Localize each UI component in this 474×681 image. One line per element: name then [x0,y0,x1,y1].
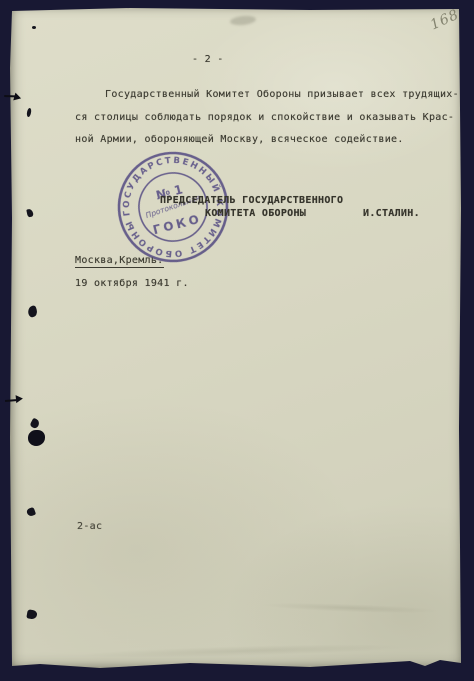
body-paragraph-line-1: Государственный Комитет Обороны призывае… [105,89,459,100]
ink-blot [32,26,36,29]
signature-title-line-1: ПРЕДСЕДАТЕЛЬ ГОСУДАРСТВЕННОГО [160,195,343,206]
signature-title-line-2: КОМИТЕТА ОБОРОНЫ [205,208,306,219]
document-page: - 2 - Государственный Комитет Обороны пр… [10,8,461,668]
margin-arrow-icon [5,394,30,406]
archival-photo-background: - 2 - Государственный Комитет Обороны пр… [0,0,474,681]
page-number: - 2 - [192,54,224,65]
date-line: 19 октября 1941 г. [75,278,189,289]
typist-code: 2-ас [77,521,102,532]
body-paragraph-line-3: ной Армии, обороняющей Москву, всяческое… [75,134,404,145]
signatory-name: И.СТАЛИН. [363,208,420,219]
place-line: Москва,Кремль. [75,255,164,268]
paper-crease [80,642,410,661]
arrow-head [13,93,22,103]
arrow-tail [5,399,16,402]
body-paragraph-line-2: ся столицы соблюдать порядок и спокойств… [75,112,454,123]
arrow-head [16,394,24,403]
paper-crease [260,601,440,615]
